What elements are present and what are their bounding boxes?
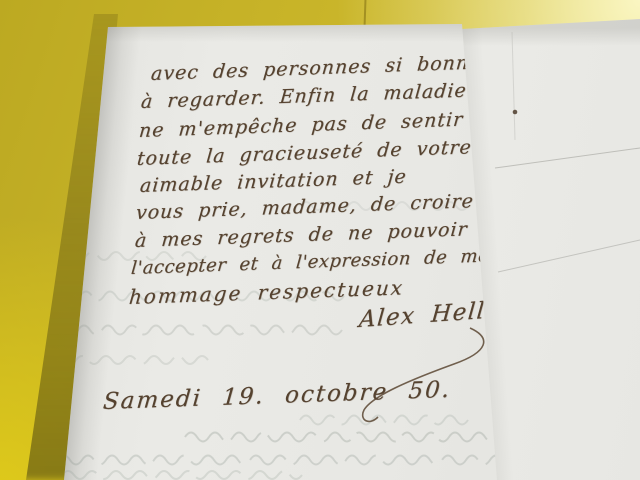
photo-of-handwritten-letter: avec des personnes si bonnes à regarder.…	[0, 0, 640, 480]
ink-spot	[513, 110, 518, 115]
backdrop-crease-line	[364, 0, 367, 27]
